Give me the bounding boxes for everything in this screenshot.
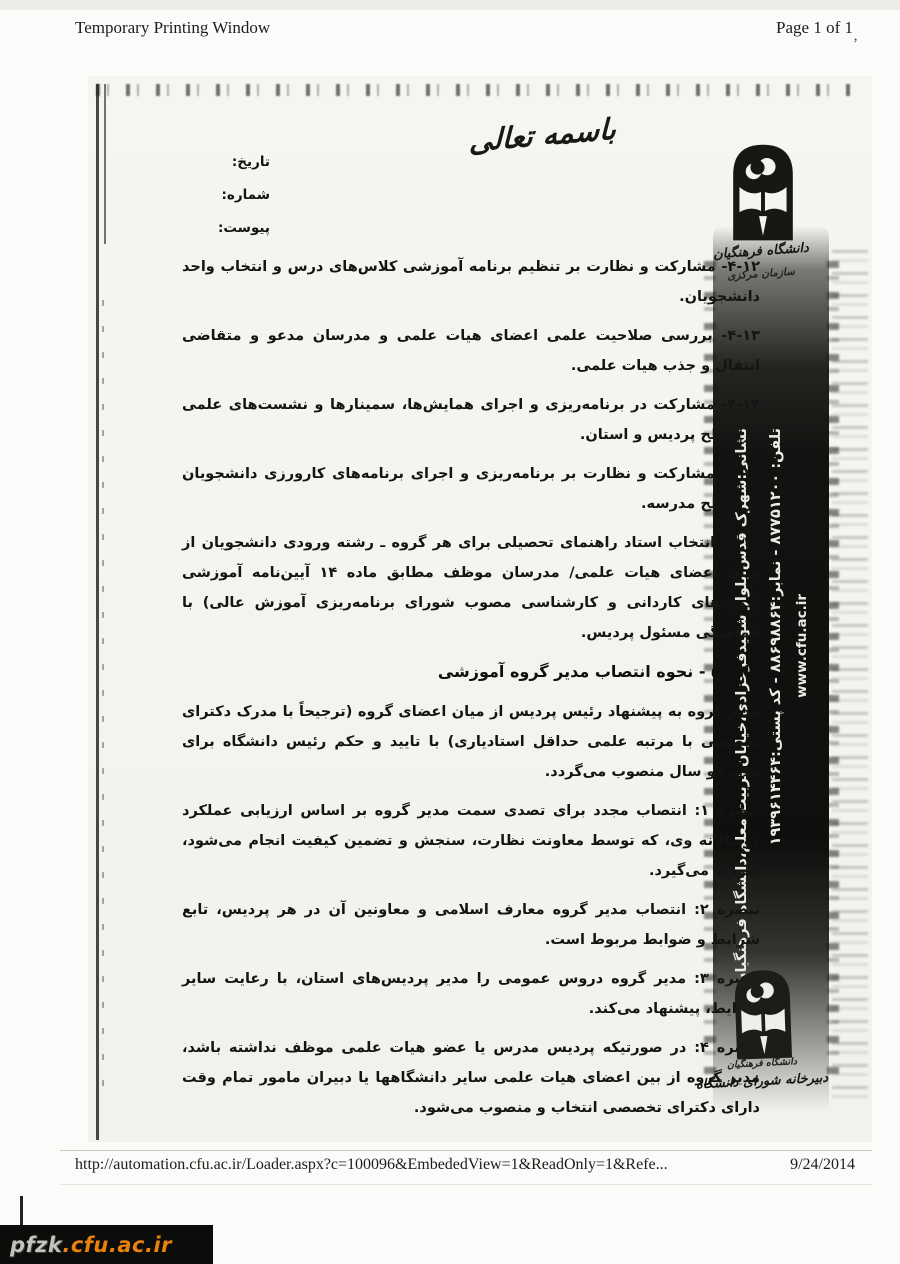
article-5-body: مدیر گروه به پیشنهاد رئیس پردیس از میان … (182, 697, 760, 787)
print-footer: http://automation.cfu.ac.ir/Loader.aspx?… (75, 1156, 855, 1174)
clause-4-15: ۴-۱۵- مشارکت و نظارت بر برنامه‌ریزی و اج… (182, 459, 760, 519)
note-1: تبصره ۱: انتصاب مجدد برای تصدی سمت مدیر … (182, 796, 760, 886)
scan-right-noise (832, 250, 868, 1100)
scan-bottom-artifact-line (20, 1196, 23, 1228)
attachment-label: پیوست: (160, 212, 270, 245)
scan-top-edge-artifact (96, 84, 856, 96)
scan-left-edge-line (96, 84, 99, 1140)
print-date: 9/24/2014 (790, 1156, 855, 1174)
window-top-shade (0, 0, 900, 10)
print-window-title: Temporary Printing Window (75, 18, 270, 38)
page-count-label: Page 1 of 1 (776, 18, 853, 38)
council-stamp-logo-icon (724, 965, 801, 1062)
scan-left-edge-line-2 (104, 84, 106, 244)
scan-left-edge-dashes (102, 300, 104, 1100)
article-5-heading: ماده ۵ - نحوه انتصاب مدیر گروه آموزشی (182, 657, 760, 687)
note-2: تبصره ۲: انتصاب مدیر گروه معارف اسلامی و… (182, 895, 760, 955)
letterhead-website-vertical: www.cfu.ac.ir (794, 594, 810, 698)
scan-stray-mark: ’ (853, 36, 858, 53)
clause-4-12: ۴-۱۲- مشارکت و نظارت بر تنظیم برنامه آمو… (182, 252, 760, 312)
document-body: ۴-۱۲- مشارکت و نظارت بر تنظیم برنامه آمو… (182, 252, 760, 1132)
source-url: http://automation.cfu.ac.ir/Loader.aspx?… (75, 1156, 668, 1174)
clause-4-16: ۴-۱۶- انتخاب استاد راهنمای تحصیلی برای ه… (182, 528, 760, 648)
watermark-suffix: .cfu.ac.ir (62, 1233, 172, 1257)
footer-rule-bottom (60, 1184, 872, 1185)
letterhead-meta-labels: تاریخ: شماره: پیوست: (160, 146, 270, 245)
note-4: تبصره ۴: در صورتیکه پردیس مدرس یا عضو هی… (182, 1033, 760, 1123)
clause-4-13: ۴-۱۳- بررسی صلاحیت علمی اعضای هیات علمی … (182, 321, 760, 381)
site-watermark: pfzk.cfu.ac.ir (0, 1225, 213, 1264)
number-label: شماره: (160, 179, 270, 212)
university-logo-icon (722, 140, 804, 242)
watermark-prefix: pfzk (10, 1233, 62, 1257)
clause-4-14: ۴-۱۴- مشارکت در برنامه‌ریزی و اجرای همای… (182, 390, 760, 450)
letterhead-contact-vertical: تلفن: ۸۷۷۵۱۲۰۰ - نمابر:۸۸۶۹۸۸۶۴ - کد پست… (768, 428, 784, 845)
footer-rule-top (60, 1150, 872, 1151)
note-3: تبصره ۳: مدیر گروه دروس عمومی را مدیر پر… (182, 964, 760, 1024)
date-label: تاریخ: (160, 146, 270, 179)
